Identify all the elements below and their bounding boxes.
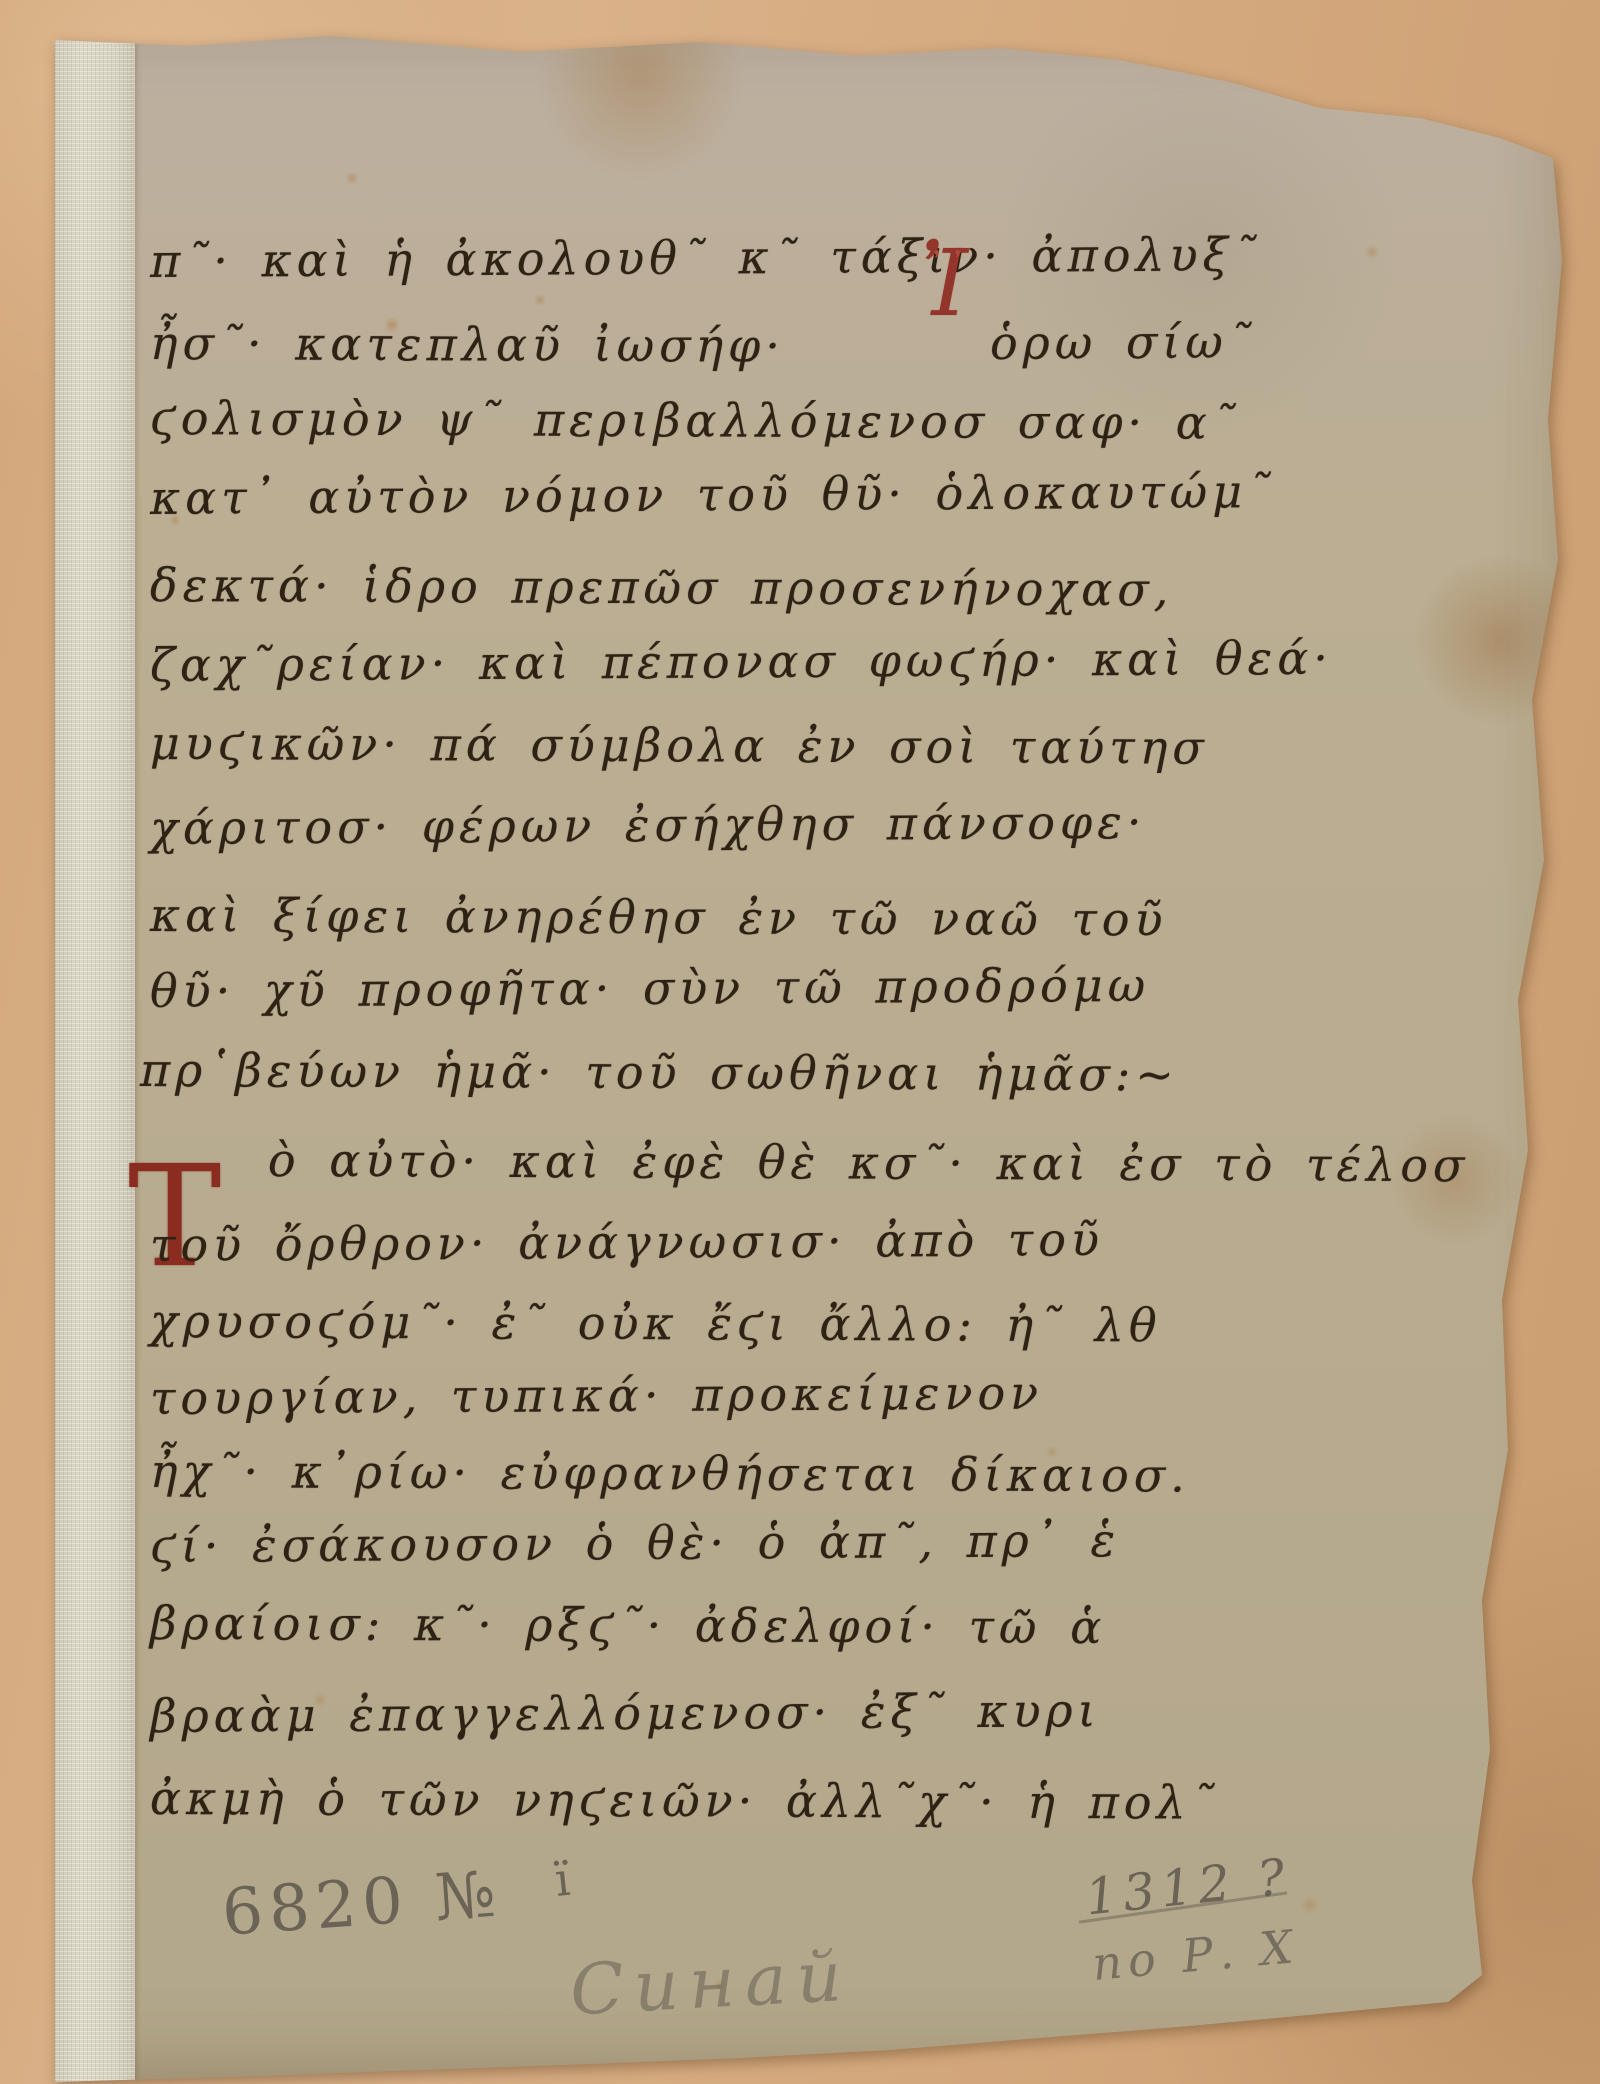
text-line-5: δεκτά· ἱδρο πρεπῶσ προσενήνοχασ,: [150, 557, 1174, 617]
text-line-6: ζαχ῀ρείαν· καὶ πέπονασ φωϛήρ· καὶ θεά·: [150, 630, 1333, 693]
pencil-place-note: Синай: [568, 1941, 853, 2026]
text-line-1: π῀· καὶ ἡ ἀκολουθ῀ κ῀ τάξιν· ἀπολυξ῀: [150, 226, 1261, 289]
text-line-13: τοῦ ὄρθρον· ἀνάγνωσισ· ἀπὸ τοῦ: [150, 1211, 1104, 1273]
binding-cloth-strip: [55, 36, 135, 2084]
text-line-2-right: ὁρω σίω῀: [990, 313, 1256, 371]
text-line-4: κατ᾽ αὐτὸν νόμον τοῦ θῦ· ὁλοκαυτώμ῀: [150, 463, 1275, 526]
pencil-era-note: по Р. Х: [1090, 1923, 1300, 1987]
text-line-16: ἦχ῀· κ᾽ρίω· εὐφρανθήσεται δίκαιοσ.: [150, 1443, 1190, 1504]
manuscript-leaf: π῀· καὶ ἡ ἀκολουθ῀ κ῀ τάξιν· ἀπολυξ῀ ἦσ῀…: [0, 0, 1600, 2084]
text-line-12: ὸ αὐτὸ· καὶ ἐφὲ θὲ κσ῀· καὶ ἐσ τὸ τέλοσ: [268, 1132, 1470, 1193]
text-line-18: βραίοισ: κ῀· ρξϛ῀· ἀδελφοί· τῶ ἁ: [150, 1595, 1106, 1655]
parchment-paper: π῀· καὶ ἡ ἀκολουθ῀ κ῀ τάξιν· ἀπολυξ῀ ἦσ῀…: [0, 0, 1600, 2084]
text-line-10: θῦ· χῦ προφῆτα· σὺν τῶ προδρόμω: [150, 957, 1151, 1019]
text-line-3: ϛολισμὸν ψ῀ περιβαλλόμενοσ σαφ· α῀: [150, 390, 1240, 451]
text-line-9: καὶ ξίφει ἀνηρέθησ ἐν τῶ ναῶ τοῦ: [150, 887, 1168, 947]
text-line-14: χρυσοϛόμ῀· ἐ῀ οὐκ ἔϛι ἄλλο: ἠ῀ λθ: [150, 1293, 1162, 1353]
text-line-19: βραὰμ ἐπαγγελλόμενοσ· ἐξ῀ κυρι: [150, 1682, 1101, 1744]
text-line-2-left: ἦσ῀· κατεπλαῦ ἰωσήφ·: [150, 315, 785, 374]
text-line-11: πρ῾βεύων ἡμᾶ· τοῦ σωθῆναι ἡμᾶσ:~: [140, 1042, 1179, 1103]
text-line-7: μυϛικῶν· πά σύμβολα ἐν σοὶ ταύτησ: [150, 715, 1209, 776]
pencil-shelf-number-superscript: ї: [553, 1855, 578, 1903]
text-line-17: ϛί· ἐσάκουσον ὁ θὲ· ὁ ἀπ῀, πρ᾽ ἑ: [150, 1512, 1120, 1574]
text-line-20: ἀκμὴ ὁ τῶν νηϛειῶν· ἀλλ῀χ῀· ἡ πολ῀: [150, 1770, 1219, 1831]
pencil-year-note: 1312 ?: [1083, 1851, 1293, 1922]
text-line-8: χάριτοσ· φέρων ἐσήχθησ πάνσοφε·: [150, 794, 1147, 856]
manuscript-photo: π῀· καὶ ἡ ἀκολουθ῀ κ῀ τάξιν· ἀπολυξ῀ ἦσ῀…: [0, 0, 1600, 2084]
text-line-15: τουργίαν, τυπικά· προκείμενον: [150, 1365, 1043, 1426]
pencil-shelf-number: 6820 №: [220, 1862, 504, 1945]
rubric-initial-iota-marks: ᾿᾿: [928, 250, 970, 284]
